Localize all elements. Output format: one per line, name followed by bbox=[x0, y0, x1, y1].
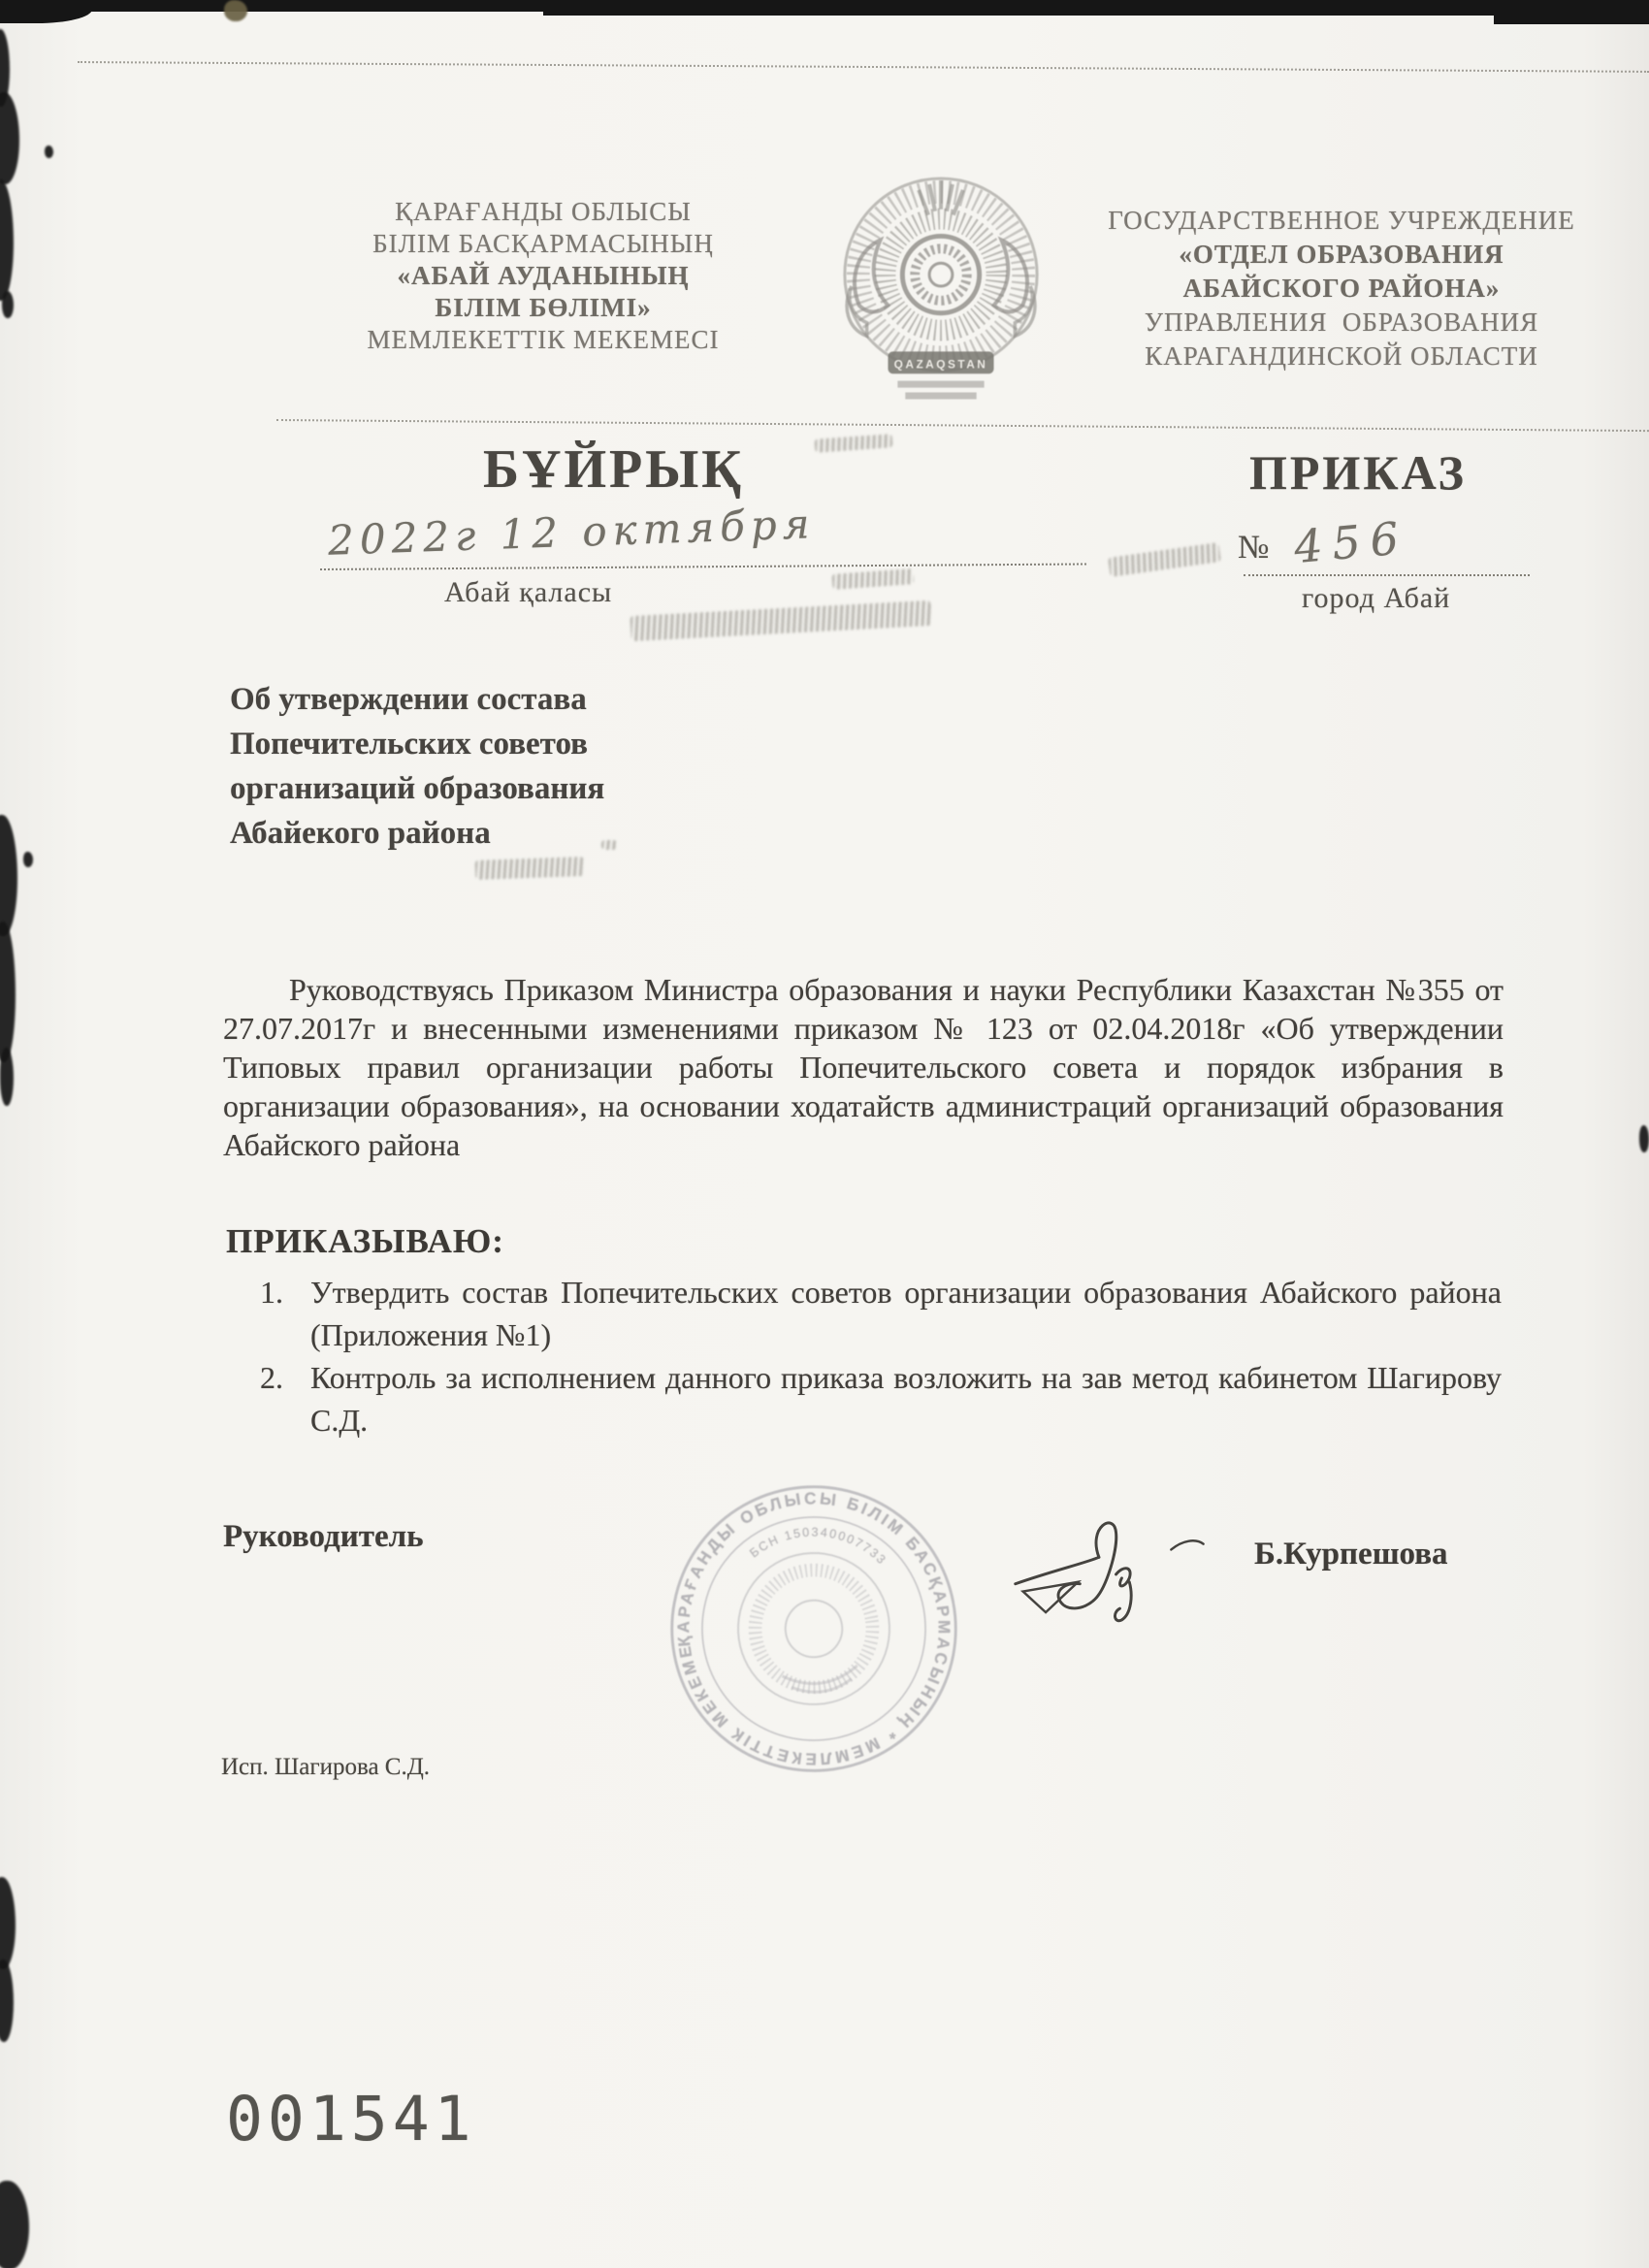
header-left-line: БІЛІМ БАСҚАРМАСЫНЫҢ bbox=[320, 228, 766, 260]
order-title-russian: ПРИКАЗ bbox=[1249, 444, 1467, 501]
scan-top-corner-left bbox=[0, 0, 92, 23]
number-underline bbox=[1244, 574, 1530, 576]
scan-blob bbox=[0, 92, 19, 184]
order-item-text: Утвердить состав Попечительских советов … bbox=[310, 1271, 1502, 1356]
emblem-banner-text: QAZAQSTAN bbox=[894, 357, 988, 371]
handwritten-signature bbox=[1004, 1499, 1232, 1644]
scan-blob bbox=[0, 1048, 14, 1106]
signature-name: Б.Курпешова bbox=[1254, 1537, 1448, 1572]
order-items-list: 1. Утвердить состав Попечительских совет… bbox=[260, 1271, 1502, 1442]
order-item-text: Контроль за исполнением данного приказа … bbox=[310, 1356, 1502, 1442]
order-item-number: 2. bbox=[260, 1356, 310, 1442]
scan-top-corner-right bbox=[1494, 0, 1649, 24]
header-left-line: БІЛІМ БӨЛІМІ» bbox=[320, 292, 766, 324]
scan-blob bbox=[0, 2181, 29, 2268]
scan-speck bbox=[23, 852, 33, 867]
header-right-line: ГОСУДАРСТВЕННОЕ УЧРЕЖДЕНИЕ bbox=[1083, 204, 1600, 238]
top-rule bbox=[78, 61, 1649, 73]
emblem-pedestal bbox=[897, 384, 984, 396]
scan-top-band-right bbox=[543, 0, 1649, 16]
stamp-bsn-text: БСН 150340007733 bbox=[745, 1514, 890, 1585]
place-label-russian: город Абай bbox=[1302, 582, 1450, 615]
header-right-line: «ОТДЕЛ ОБРАЗОВАНИЯ bbox=[1083, 238, 1600, 272]
header-left-kazakh: ҚАРАҒАНДЫ ОБЛЫСЫ БІЛІМ БАСҚАРМАСЫНЫҢ «АБ… bbox=[320, 196, 766, 356]
scan-blob bbox=[0, 179, 14, 301]
smudge-mark bbox=[1108, 542, 1221, 577]
scan-blob bbox=[0, 815, 17, 936]
order-subject: Об утверждении состава Попечительских со… bbox=[230, 677, 604, 856]
order-title-kazakh: БҰЙРЫҚ bbox=[483, 438, 744, 501]
scan-speck bbox=[1639, 1125, 1649, 1152]
order-body-paragraph: Руководствуясь Приказом Министра образов… bbox=[223, 970, 1503, 1164]
scan-top-band bbox=[0, 0, 1649, 12]
header-right-line: АБАЙСКОГО РАЙОНА» bbox=[1083, 272, 1600, 306]
smudge-mark bbox=[475, 857, 585, 880]
scan-blob bbox=[0, 1960, 14, 2042]
handwritten-date: 2022г 12 октября bbox=[327, 500, 816, 565]
scan-blob bbox=[0, 1877, 16, 1969]
scan-blob bbox=[0, 29, 10, 107]
handwritten-number: 456 bbox=[1292, 511, 1410, 573]
header-left-line: ҚАРАҒАНДЫ ОБЛЫСЫ bbox=[320, 196, 766, 228]
scanned-order-document: ҚАРАҒАНДЫ ОБЛЫСЫ БІЛІМ БАСҚАРМАСЫНЫҢ «АБ… bbox=[0, 0, 1649, 2268]
smudge-mark bbox=[630, 600, 932, 641]
scan-stain bbox=[224, 0, 247, 21]
smudge-mark bbox=[832, 568, 915, 590]
order-heading: ПРИКАЗЫВАЮ: bbox=[226, 1222, 504, 1261]
round-official-stamp: ҚАРАҒАНДЫ ОБЛЫСЫ БІЛІМ БАСҚАРМАСЫНЫҢ * М… bbox=[643, 1458, 985, 1799]
stamp-inner-arcs bbox=[782, 1666, 859, 1697]
place-label-kazakh: Абай қаласы bbox=[444, 576, 612, 609]
header-left-line: МЕМЛЕКЕТТІК МЕКЕМЕСІ bbox=[320, 324, 766, 356]
header-left-line: «АБАЙ АУДАНЫНЫҢ bbox=[320, 260, 766, 292]
number-sign: № bbox=[1238, 530, 1269, 567]
kazakhstan-coat-of-arms: QAZAQSTAN bbox=[830, 161, 1051, 411]
smudge-mark bbox=[815, 434, 893, 453]
scan-blob bbox=[0, 922, 16, 1062]
document-code-number: 001541 bbox=[226, 2084, 476, 2155]
scan-blob bbox=[2, 291, 14, 318]
header-rule bbox=[276, 419, 1649, 432]
svg-text:БСН 150340007733: БСН 150340007733 bbox=[745, 1514, 890, 1585]
signature-role-label: Руководитель bbox=[223, 1519, 424, 1555]
date-underline bbox=[320, 563, 1086, 570]
order-item: 2. Контроль за исполнением данного прика… bbox=[260, 1356, 1502, 1442]
order-item-number: 1. bbox=[260, 1271, 310, 1356]
header-right-line: УПРАВЛЕНИЯ ОБРАЗОВАНИЯ bbox=[1083, 306, 1600, 340]
scan-speck bbox=[45, 146, 53, 158]
header-right-russian: ГОСУДАРСТВЕННОЕ УЧРЕЖДЕНИЕ «ОТДЕЛ ОБРАЗО… bbox=[1083, 204, 1600, 373]
executor-line: Исп. Шагирова С.Д. bbox=[221, 1754, 430, 1781]
order-item: 1. Утвердить состав Попечительских совет… bbox=[260, 1271, 1502, 1356]
header-right-line: КАРАГАНДИНСКОЙ ОБЛАСТИ bbox=[1083, 340, 1600, 373]
